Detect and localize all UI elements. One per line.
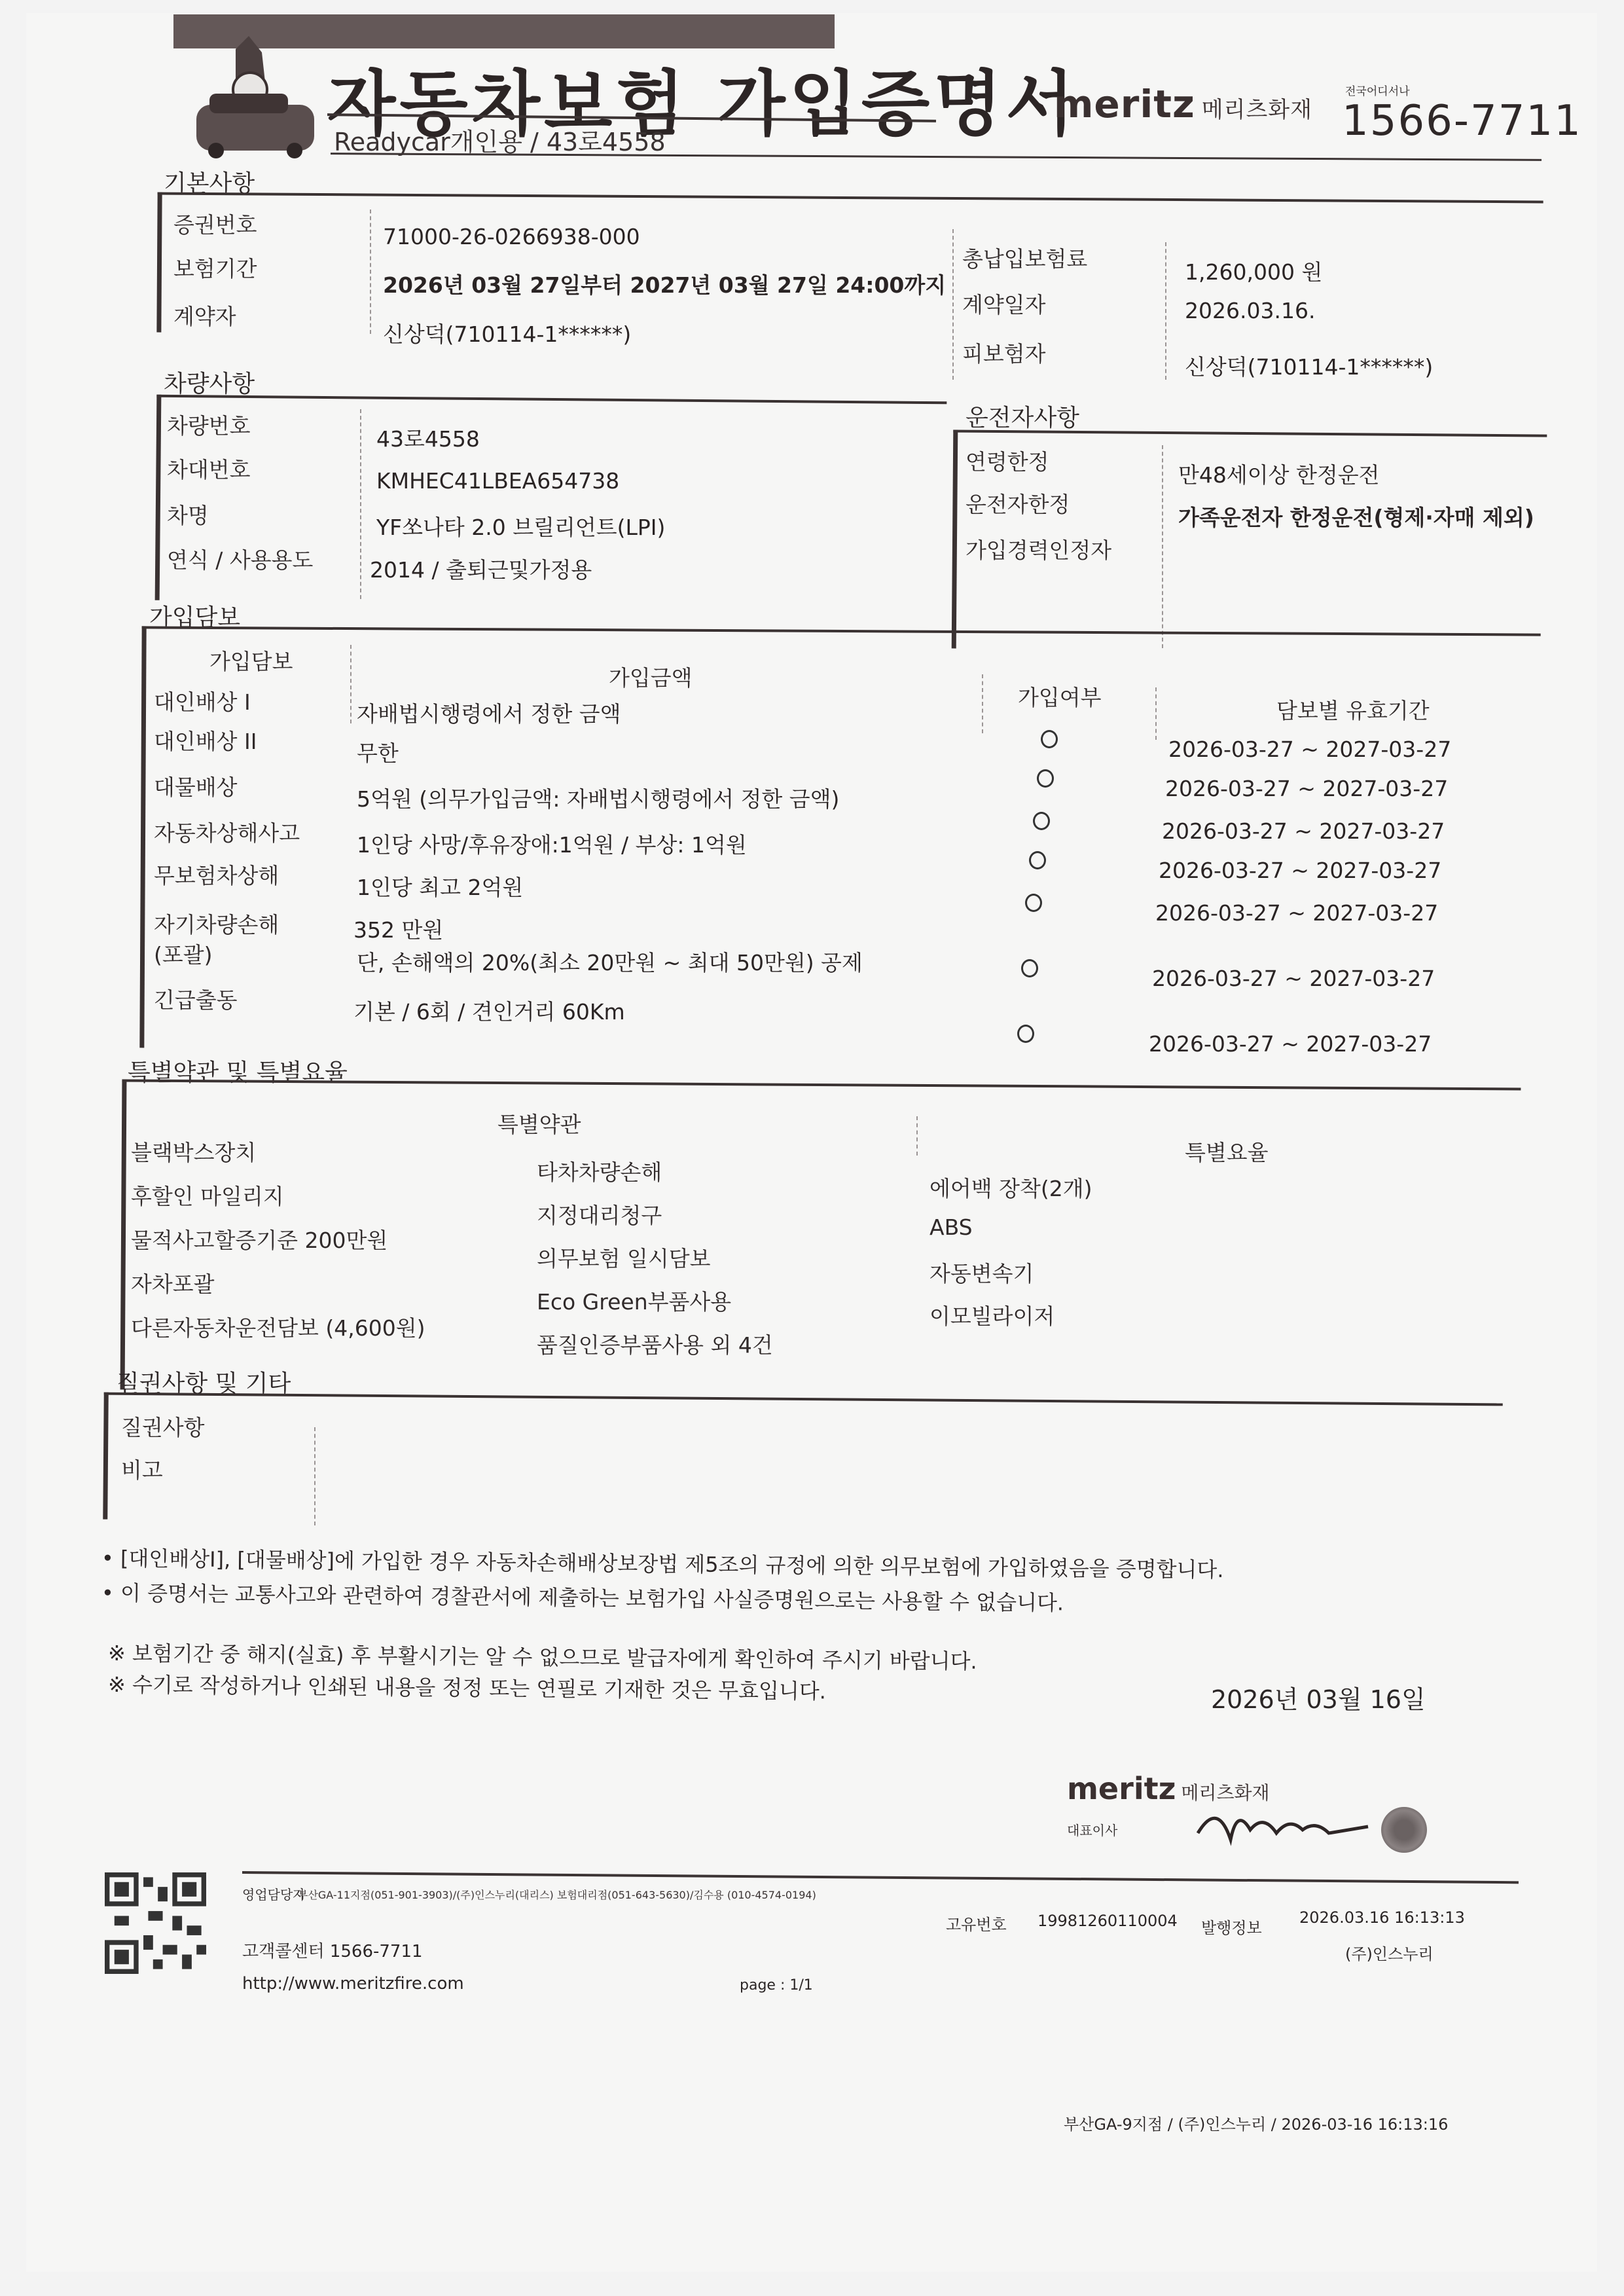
label-remarks: 비고: [121, 1453, 163, 1484]
value-insured: 신상덕(710114-1******): [1185, 350, 1433, 381]
label-insured: 피보험자: [962, 337, 1046, 368]
special-rate: ABS: [929, 1214, 973, 1240]
divider: [360, 409, 361, 599]
divider: [916, 1116, 918, 1156]
label-contract-date: 계약일자: [962, 288, 1046, 319]
value-driver-limit: 가족운전자 한정운전(형제·자매 제외): [1178, 501, 1534, 532]
special-term: Eco Green부품사용: [537, 1285, 731, 1316]
special-term: 지정대리청구: [537, 1199, 662, 1230]
unique-number: 19981260110004: [1038, 1912, 1178, 1930]
coverage-amount: 1인당 최고 2억원: [357, 871, 523, 902]
label-contractor: 계약자: [173, 300, 236, 331]
car-mascot-icon: [190, 36, 321, 160]
coverage-period: 2026-03-27 ~ 2027-03-27: [1149, 1031, 1432, 1057]
issue-info-label: 발행정보: [1201, 1915, 1262, 1938]
label-model: 차명: [167, 499, 209, 530]
label-period: 보험기간: [173, 252, 257, 283]
issue-date: 2026년 03월 16일: [1211, 1679, 1426, 1715]
value-total-premium: 1,260,000 원: [1185, 255, 1322, 286]
divider: [982, 674, 983, 733]
coverage-period: 2026-03-27 ~ 2027-03-27: [1162, 818, 1445, 844]
label-vin: 차대번호: [167, 453, 251, 484]
coverage-period: 2026-03-27 ~ 2027-03-27: [1159, 858, 1441, 883]
special-term: 품질인증부품사용 외 4건: [537, 1328, 773, 1359]
col-header-terms: 특별약관: [497, 1108, 581, 1139]
page-indicator: page : 1/1: [740, 1977, 813, 1994]
divider: [1155, 687, 1157, 740]
special-term: 물적사고할증기준 200만원: [131, 1224, 388, 1254]
ceo-label: 대표이사: [1067, 1820, 1117, 1839]
divider: [1162, 445, 1163, 648]
brand-korean: 메리츠화재: [1202, 97, 1312, 123]
joined-mark-icon: [1021, 959, 1038, 977]
company-seal-icon: [1381, 1807, 1427, 1853]
call-center: 고객콜센터 1566-7711: [242, 1938, 423, 1962]
value-plate: 43로4558: [376, 422, 480, 453]
value-policy-no: 71000-26-0266938-000: [383, 224, 640, 249]
value-contractor: 신상덕(710114-1******): [383, 318, 631, 348]
qr-code-icon: [105, 1872, 206, 1974]
col-header-coverage: 가입담보: [209, 645, 293, 676]
coverage-amount: 기본 / 6회 / 견인거리 60Km: [353, 995, 625, 1026]
coverage-name: 무보험차상해: [154, 861, 279, 891]
coverage-name: 대인배상 II: [154, 727, 257, 757]
coverage-period: 2026-03-27 ~ 2027-03-27: [1155, 900, 1438, 926]
coverage-period: 2026-03-27 ~ 2027-03-27: [1152, 966, 1435, 991]
special-term: 타차차량손해: [537, 1156, 662, 1186]
value-age-limit: 만48세이상 한정운전: [1178, 458, 1380, 489]
special-rate: 이모빌라이저: [929, 1300, 1055, 1330]
divider: [314, 1427, 316, 1525]
special-rate: 자동변속기: [929, 1257, 1034, 1288]
value-period: 2026년 03월 27일부터 2027년 03월 27일 24:00까지: [383, 268, 946, 299]
brand-name: meritz: [1067, 1771, 1176, 1806]
sales-label: 영업담당자: [242, 1884, 306, 1903]
hotline-number: 1566-7711: [1342, 97, 1582, 145]
issue-datetime: 2026.03.16 16:13:13: [1299, 1908, 1465, 1927]
col-header-period: 담보별 유효기간: [1276, 694, 1430, 725]
print-stamp: 부산GA-9지점 / (주)인스누리 / 2026-03-16 16:13:16: [1064, 2111, 1448, 2134]
label-driver-limit: 운전자한정: [965, 488, 1070, 519]
other-box: [103, 1393, 1502, 1531]
coverage-amount: 자배법시행령에서 정한 금액: [357, 697, 621, 728]
special-term: 블랙박스장치: [131, 1136, 256, 1167]
value-model: YF쏘나타 2.0 브릴리언트(LPI): [376, 511, 665, 541]
coverage-period: 2026-03-27 ~ 2027-03-27: [1168, 737, 1451, 762]
signature-icon: [1191, 1794, 1375, 1853]
coverage-amount-note: 단, 손해액의 20%(최소 20만원 ~ 최대 50만원) 공제: [357, 946, 863, 977]
divider: [952, 229, 954, 380]
coverage-name: 대인배상 I: [154, 687, 251, 718]
label-year-usage: 연식 / 사용용도: [167, 543, 313, 574]
joined-mark-icon: [1029, 851, 1046, 869]
label-plate: 차량번호: [167, 409, 251, 440]
coverage-amount: 5억원 (의무가입금액: 자배법시행령에서 정한 금액): [357, 782, 839, 813]
coverage-name: 대물배상: [154, 773, 238, 803]
special-term: 자차포괄: [131, 1267, 215, 1298]
value-year-usage: 2014 / 출퇴근및가정용: [370, 553, 592, 584]
coverage-amount: 무한: [357, 737, 399, 767]
coverage-amount: 1인당 사망/후유장애:1억원 / 부상: 1억원: [357, 828, 747, 859]
hotline-label: 전국어디서나: [1345, 82, 1410, 98]
special-term: 의무보험 일시담보: [537, 1242, 711, 1273]
coverage-period: 2026-03-27 ~ 2027-03-27: [1165, 776, 1448, 801]
coverage-name: 긴급출동: [154, 985, 238, 1015]
coverage-name: 자기차량손해 (포괄): [154, 910, 279, 970]
special-rate: 에어백 장착(2개): [929, 1172, 1092, 1203]
section-title-vehicle: 차량사항: [164, 365, 255, 399]
divider: [350, 645, 352, 723]
joined-mark-icon: [1041, 730, 1058, 748]
brand-name: meritz: [1054, 82, 1195, 126]
label-career: 가입경력인정자: [965, 534, 1111, 564]
col-header-amount: 가입금액: [609, 661, 693, 692]
brand-logo: meritz메리츠화재: [1054, 82, 1312, 126]
unique-label: 고유번호: [946, 1912, 1007, 1935]
label-total-premium: 총납입보험료: [962, 242, 1087, 273]
joined-mark-icon: [1025, 894, 1042, 912]
basic-box: [156, 192, 1543, 341]
joined-mark-icon: [1037, 769, 1054, 788]
value-vin: KMHEC41LBEA654738: [376, 468, 619, 494]
col-header-joined: 가입여부: [1018, 681, 1102, 712]
website-link[interactable]: http://www.meritzfire.com: [242, 1974, 464, 1994]
label-pledge: 질권사항: [121, 1411, 205, 1442]
section-title-driver: 운전자사항: [965, 399, 1079, 433]
label-policy-no: 증권번호: [173, 208, 257, 239]
label-age-limit: 연령한정: [965, 445, 1049, 476]
special-term: 다른자동차운전담보 (4,600원): [131, 1311, 425, 1342]
coverage-amount: 352 만원: [353, 913, 443, 944]
joined-mark-icon: [1017, 1025, 1034, 1043]
special-term: 후할인 마일리지: [131, 1180, 284, 1211]
sales-info: 부산GA-11지점(051-901-3903)/(주)인스누리(대리스) 보험대…: [298, 1887, 816, 1902]
coverage-name: 자동차상해사고: [154, 818, 300, 848]
divider: [1165, 242, 1166, 380]
col-header-rates: 특별요율: [1185, 1136, 1269, 1167]
value-contract-date: 2026.03.16.: [1185, 298, 1315, 323]
joined-mark-icon: [1033, 812, 1050, 830]
divider: [370, 210, 371, 334]
issuer: (주)인스누리: [1345, 1941, 1434, 1964]
